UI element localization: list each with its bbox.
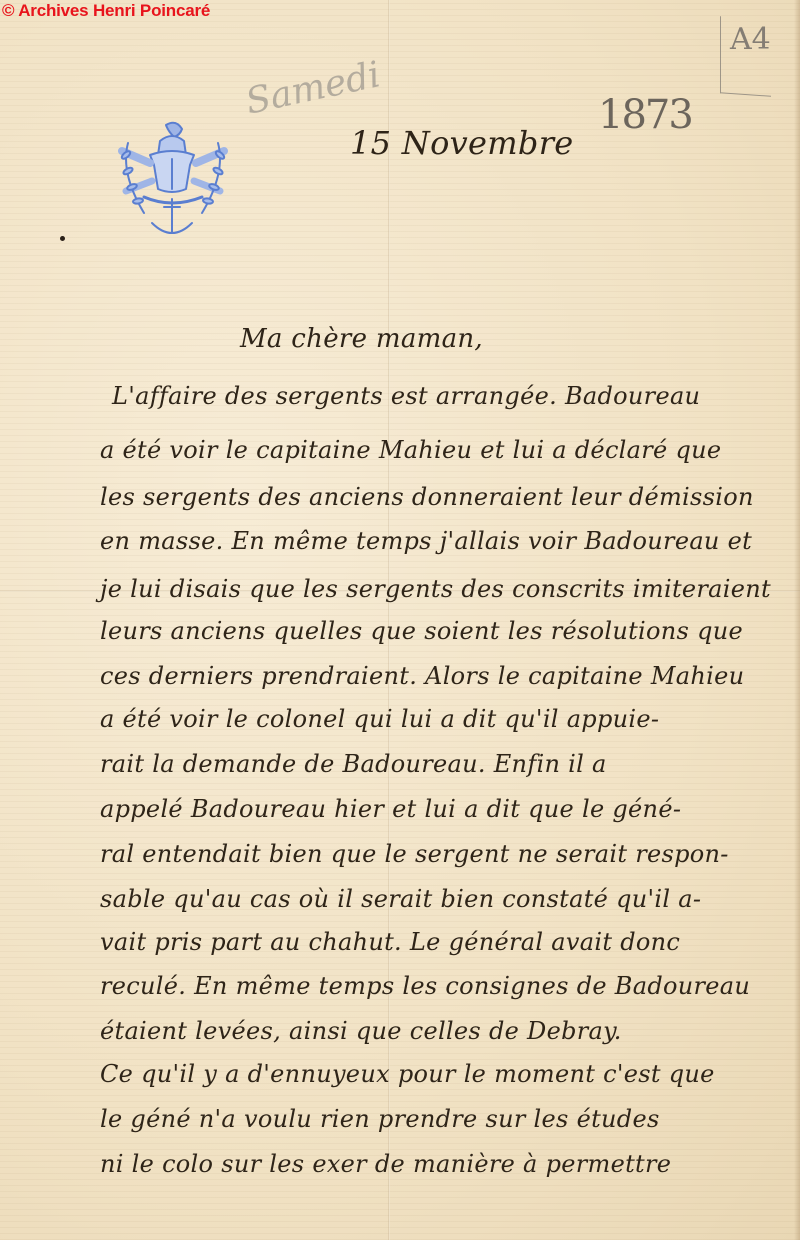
pencil-annotation-year: 1873 <box>598 92 692 138</box>
letter-line: L'affaire des sergents est arrangée. Bad… <box>112 382 700 410</box>
copyright-watermark: © Archives Henri Poincaré <box>2 1 210 21</box>
letter-line: sable qu'au cas où il serait bien consta… <box>100 885 701 913</box>
letter-line: Ce qu'il y a d'ennuyeux pour le moment c… <box>100 1060 715 1088</box>
letter-line: le géné n'a voulu rien prendre sur les é… <box>100 1105 660 1133</box>
letter-line: ces derniers prendraient. Alors le capit… <box>100 662 744 690</box>
letter-line: je lui disais que les sergents des consc… <box>100 575 771 603</box>
letter-line: les sergents des anciens donneraient leu… <box>100 483 754 511</box>
letter-line: a été voir le capitaine Mahieu et lui a … <box>100 436 721 464</box>
letter-salutation: Ma chère maman, <box>240 324 483 354</box>
letter-line: appelé Badoureau hier et lui a dit que l… <box>100 795 681 823</box>
military-crest-icon <box>108 115 238 245</box>
letter-line: leurs anciens quelles que soient les rés… <box>100 617 743 645</box>
letter-line: ni le colo sur les exer de manière à per… <box>100 1150 671 1178</box>
letter-line: en masse. En même temps j'allais voir Ba… <box>100 527 752 555</box>
letter-line: vait pris part au chahut. Le général ava… <box>100 928 680 956</box>
letter-line: rait la demande de Badoureau. Enfin il a <box>100 750 607 778</box>
archive-reference: A4 <box>730 22 771 57</box>
pencil-annotation-day: Samedi <box>242 54 384 122</box>
letter-line: reculé. En même temps les consignes de B… <box>100 972 750 1000</box>
paper-edge <box>794 0 800 1240</box>
letter-line: ral entendait bien que le sergent ne ser… <box>100 840 729 868</box>
letter-line: a été voir le colonel qui lui a dit qu'i… <box>100 705 659 733</box>
letter-date: 15 Novembre <box>350 124 574 162</box>
ink-spot <box>60 236 65 241</box>
letter-line: étaient levées, ainsi que celles de Debr… <box>100 1017 622 1045</box>
